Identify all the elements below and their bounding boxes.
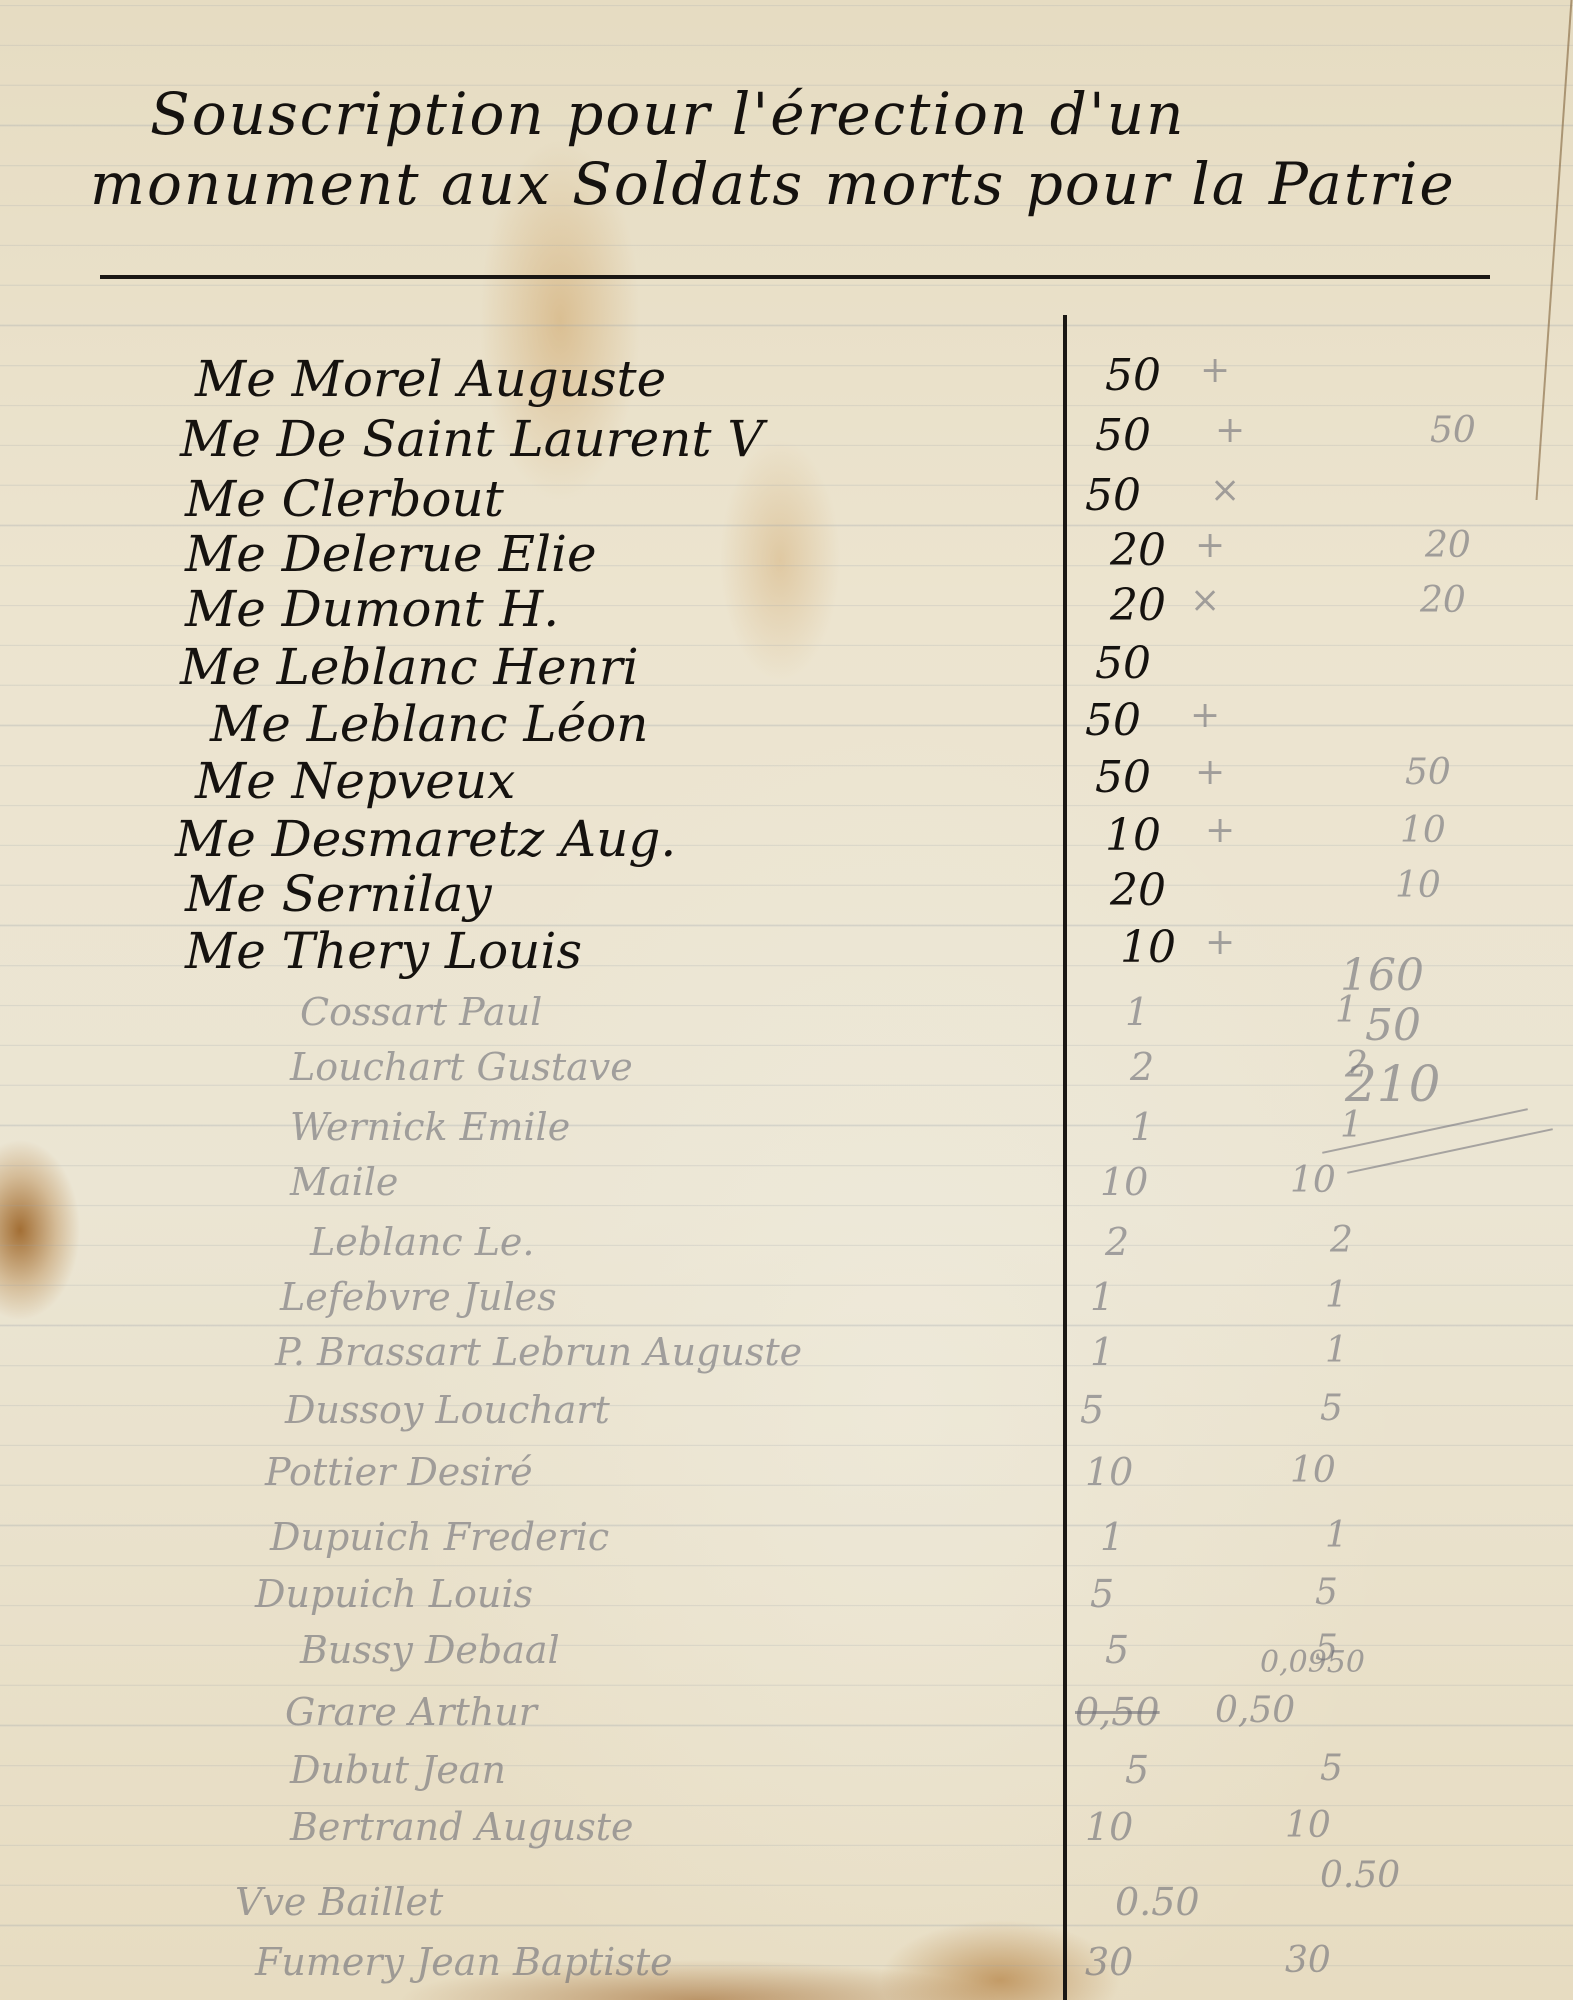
check-mark: + xyxy=(1215,410,1245,451)
tally-amount: 10 xyxy=(1400,810,1446,851)
list-item: Me Delerue Elie 20 + 20 xyxy=(0,525,1573,585)
list-item: Me Morel Auguste 50 + xyxy=(0,350,1573,410)
check-mark: × xyxy=(1190,580,1220,621)
tally-amount: 10 xyxy=(1290,1450,1336,1491)
subscriber-amount: 10 xyxy=(1105,810,1161,861)
subscriber-amount: 50 xyxy=(1095,752,1151,803)
tally-amount: 5 xyxy=(1320,1748,1343,1789)
list-item: Maile 10 10 xyxy=(0,1160,1573,1220)
subscriber-amount: 20 xyxy=(1110,580,1166,631)
subscriber-name: Me Desmaretz Aug. xyxy=(175,810,676,868)
tally-amount: 1 xyxy=(1340,1105,1363,1146)
subscriber-name: Me Nepveux xyxy=(195,752,515,810)
check-mark: + xyxy=(1195,752,1225,793)
tally-amount: 0,50 xyxy=(1215,1690,1295,1731)
tally-amount: 50 xyxy=(1405,752,1451,793)
check-mark: + xyxy=(1200,350,1230,391)
list-item: Me Desmaretz Aug. 10 + 10 xyxy=(0,810,1573,870)
subscriber-amount: 50 xyxy=(1095,638,1151,689)
subscriber-amount: 2 xyxy=(1105,1220,1129,1264)
subscriber-amount: 5 xyxy=(1080,1388,1104,1432)
subscriber-name: Wernick Emile xyxy=(290,1105,570,1149)
tally-amount: 0.50 xyxy=(1320,1855,1400,1896)
list-item: Me Leblanc Léon 50 + xyxy=(0,695,1573,755)
subscriber-name: Me Clerbout xyxy=(185,470,504,528)
tally-amount: 1 xyxy=(1325,1515,1348,1556)
list-item: Pottier Desiré 10 10 xyxy=(0,1450,1573,1510)
tally-amount: 20 xyxy=(1425,525,1471,566)
subscriber-name: Dupuich Louis xyxy=(255,1572,533,1616)
subscriber-amount: 10 xyxy=(1085,1450,1133,1494)
list-item: Dupuich Frederic 1 1 xyxy=(0,1515,1573,1575)
tally-amount: 5 xyxy=(1315,1572,1338,1613)
tally-amount: 2 xyxy=(1345,1045,1368,1086)
subscriber-name: Cossart Paul xyxy=(300,990,542,1034)
subscriber-amount: 1 xyxy=(1090,1330,1114,1374)
subscriber-amount: 10 xyxy=(1085,1805,1133,1849)
subscriber-name: Dussoy Louchart xyxy=(285,1388,610,1432)
subscriber-amount: 1 xyxy=(1100,1515,1124,1559)
check-mark: × xyxy=(1210,470,1240,511)
list-item: Leblanc Le. 2 2 xyxy=(0,1220,1573,1280)
subscriber-amount: 0,50 xyxy=(1075,1690,1160,1734)
subscriber-amount: 20 xyxy=(1110,865,1166,916)
subscriber-name: Me Delerue Elie xyxy=(185,525,597,583)
tally-amount: 1 xyxy=(1335,990,1358,1031)
overwritten-amount: 0,0950 xyxy=(1260,1645,1365,1680)
list-item: Fumery Jean Baptiste 30 30 xyxy=(0,1940,1573,2000)
subscriber-name: Me Morel Auguste xyxy=(195,350,666,408)
subscriber-name: Vve Baillet xyxy=(235,1880,443,1924)
subscriber-name: Me Leblanc Léon xyxy=(210,695,648,753)
header-rule xyxy=(100,275,1490,279)
subscriber-amount: 20 xyxy=(1110,525,1166,576)
list-item: Me Nepveux 50 + 50 xyxy=(0,752,1573,812)
subscriber-amount: 5 xyxy=(1090,1572,1114,1616)
list-item: Me Dumont H. 20 × 20 xyxy=(0,580,1573,640)
subscriber-name: Me De Saint Laurent V xyxy=(180,410,764,468)
check-mark: + xyxy=(1195,525,1225,566)
tally-amount: 30 xyxy=(1285,1940,1331,1981)
subscriber-name: Bertrand Auguste xyxy=(290,1805,634,1849)
title-line-2: monument aux Soldats morts pour la Patri… xyxy=(90,150,1456,218)
check-mark: + xyxy=(1205,922,1235,963)
subscriber-amount: 1 xyxy=(1125,990,1149,1034)
subscriber-name: Louchart Gustave xyxy=(290,1045,633,1089)
tally-amount: 1 xyxy=(1325,1330,1348,1371)
subscriber-name: Fumery Jean Baptiste xyxy=(255,1940,673,1984)
subscriber-amount: 5 xyxy=(1125,1748,1149,1792)
tally-amount: 2 xyxy=(1330,1220,1353,1261)
list-item: Dubut Jean 5 5 xyxy=(0,1748,1573,1808)
subscriber-amount: 30 xyxy=(1085,1940,1133,1984)
list-item: Lefebvre Jules 1 1 xyxy=(0,1275,1573,1335)
check-mark: + xyxy=(1205,810,1235,851)
subscriber-amount: 1 xyxy=(1130,1105,1154,1149)
list-item: P. Brassart Lebrun Auguste 1 1 xyxy=(0,1330,1573,1390)
subscriber-name: Dupuich Frederic xyxy=(270,1515,609,1559)
tally-amount: 5 xyxy=(1320,1388,1343,1429)
list-item: Me Leblanc Henri 50 xyxy=(0,638,1573,698)
list-item: Me Thery Louis 10 + xyxy=(0,922,1573,982)
list-item: Grare Arthur 0,50 0,50 0,0950 xyxy=(0,1690,1573,1750)
subscriber-name: P. Brassart Lebrun Auguste xyxy=(275,1330,802,1374)
subscriber-name: Me Leblanc Henri xyxy=(180,638,639,696)
subscriber-name: Leblanc Le. xyxy=(310,1220,535,1264)
tally-amount: 10 xyxy=(1285,1805,1331,1846)
document-page: Souscription pour l'érection d'un monume… xyxy=(0,0,1573,2000)
list-item: Me Clerbout 50 × xyxy=(0,470,1573,530)
list-item: Me Sernilay 20 10 xyxy=(0,865,1573,925)
subscriber-amount: 5 xyxy=(1105,1628,1129,1672)
tally-amount: 10 xyxy=(1290,1160,1336,1201)
subscriber-name: Me Dumont H. xyxy=(185,580,559,638)
subscriber-name: Me Sernilay xyxy=(185,865,492,923)
check-mark: + xyxy=(1190,695,1220,736)
subscriber-amount: 0.50 xyxy=(1115,1880,1200,1924)
subscriber-amount: 2 xyxy=(1130,1045,1154,1089)
subscriber-name: Dubut Jean xyxy=(290,1748,506,1792)
tally-amount: 1 xyxy=(1325,1275,1348,1316)
list-item: Cossart Paul 1 1 xyxy=(0,990,1573,1050)
subscriber-amount: 50 xyxy=(1095,410,1151,461)
list-item: Dupuich Louis 5 5 xyxy=(0,1572,1573,1632)
subscriber-name: Maile xyxy=(290,1160,398,1204)
subscriber-amount: 50 xyxy=(1105,350,1161,401)
subscriber-name: Pottier Desiré xyxy=(265,1450,533,1494)
subscriber-name: Me Thery Louis xyxy=(185,922,582,980)
subscriber-amount: 10 xyxy=(1100,1160,1148,1204)
title-line-1: Souscription pour l'érection d'un xyxy=(150,80,1186,148)
subscriber-amount: 1 xyxy=(1090,1275,1114,1319)
tally-amount: 20 xyxy=(1420,580,1466,621)
list-item: Vve Baillet 0.50 0.50 xyxy=(0,1880,1573,1940)
subscriber-name: Bussy Debaal xyxy=(300,1628,560,1672)
list-item: Louchart Gustave 2 2 xyxy=(0,1045,1573,1105)
list-item: Dussoy Louchart 5 5 xyxy=(0,1388,1573,1448)
list-item: Me De Saint Laurent V 50 + 50 xyxy=(0,410,1573,470)
tally-amount: 50 xyxy=(1430,410,1476,451)
subscriber-amount: 50 xyxy=(1085,470,1141,521)
subscriber-amount: 50 xyxy=(1085,695,1141,746)
subscriber-name: Lefebvre Jules xyxy=(280,1275,557,1319)
subscriber-name: Grare Arthur xyxy=(285,1690,537,1734)
tally-amount: 10 xyxy=(1395,865,1441,906)
subscriber-amount: 10 xyxy=(1120,922,1176,973)
list-item: Wernick Emile 1 1 xyxy=(0,1105,1573,1165)
